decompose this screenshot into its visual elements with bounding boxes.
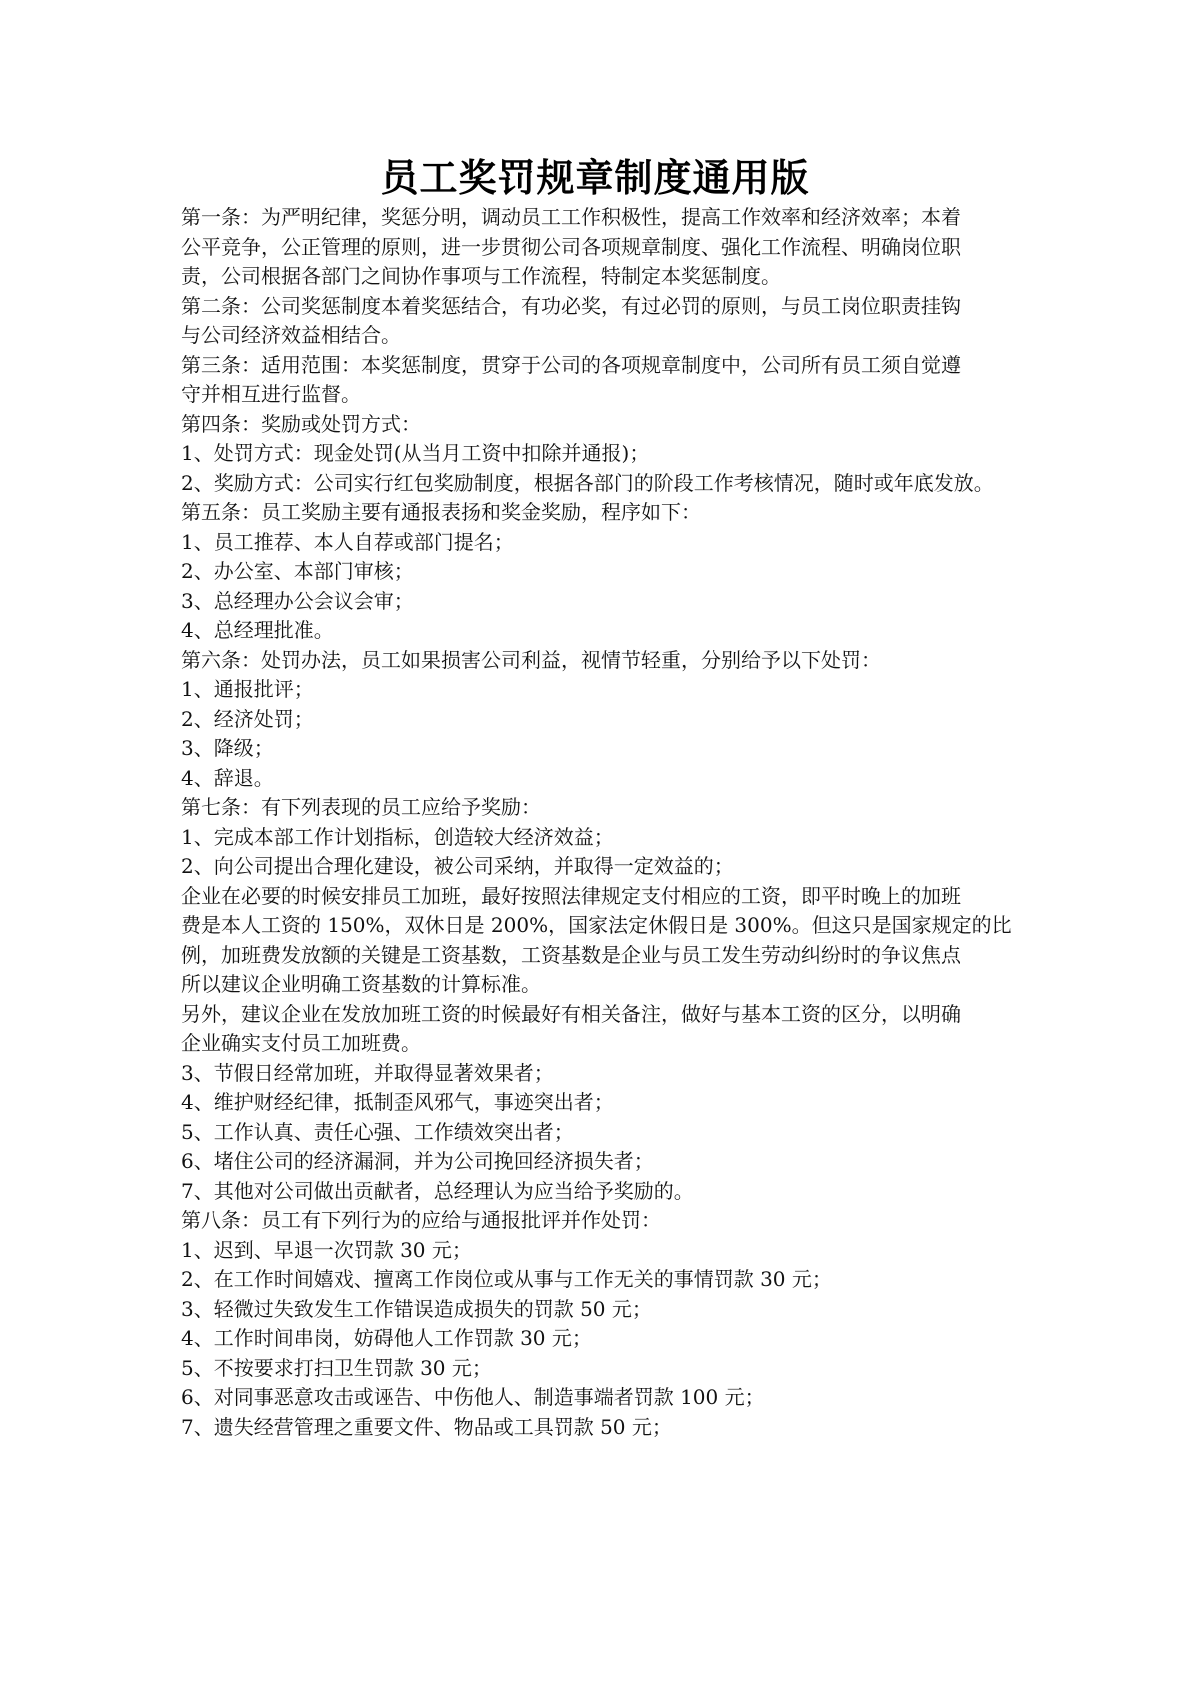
article-4-heading: 第四条：奖励或处罚方式： (181, 410, 1011, 440)
article-2-line-1: 第二条：公司奖惩制度本着奖惩结合，有功必奖，有过必罚的原则，与员工岗位职责挂钩 (181, 292, 1011, 322)
article-6-item-1: 1、通报批评； (181, 675, 1011, 705)
overtime-paragraph-line-4: 所以建议企业明确工资基数的计算标准。 (181, 970, 1011, 1000)
article-4-item-1: 1、处罚方式：现金处罚(从当月工资中扣除并通报)； (181, 439, 1011, 469)
article-7-heading: 第七条：有下列表现的员工应给予奖励： (181, 793, 1011, 823)
article-5-item-2: 2、办公室、本部门审核； (181, 557, 1011, 587)
overtime-note-line-2: 企业确实支付员工加班费。 (181, 1029, 1011, 1059)
overtime-paragraph-line-1: 企业在必要的时候安排员工加班，最好按照法律规定支付相应的工资，即平时晚上的加班 (181, 882, 1011, 912)
article-5-item-1: 1、员工推荐、本人自荐或部门提名； (181, 528, 1011, 558)
article-4-item-2: 2、奖励方式：公司实行红包奖励制度，根据各部门的阶段工作考核情况，随时或年底发放… (181, 469, 1011, 499)
article-7-item-6: 6、堵住公司的经济漏洞，并为公司挽回经济损失者； (181, 1147, 1011, 1177)
document-title: 员工奖罚规章制度通用版 (0, 155, 1190, 201)
article-7-item-5: 5、工作认真、责任心强、工作绩效突出者； (181, 1118, 1011, 1148)
article-8-heading: 第八条：员工有下列行为的应给与通报批评并作处罚： (181, 1206, 1011, 1236)
article-1-line-3: 责，公司根据各部门之间协作事项与工作流程，特制定本奖惩制度。 (181, 262, 1011, 292)
article-3-line-2: 守并相互进行监督。 (181, 380, 1011, 410)
article-7-item-4: 4、维护财经纪律，抵制歪风邪气，事迹突出者； (181, 1088, 1011, 1118)
article-5-heading: 第五条：员工奖励主要有通报表扬和奖金奖励，程序如下： (181, 498, 1011, 528)
article-7-item-3: 3、节假日经常加班，并取得显著效果者； (181, 1059, 1011, 1089)
article-2-line-2: 与公司经济效益相结合。 (181, 321, 1011, 351)
overtime-paragraph-line-2: 费是本人工资的 150%，双休日是 200%，国家法定休假日是 300%。但这只… (181, 911, 1011, 941)
article-7-item-1: 1、完成本部工作计划指标，创造较大经济效益； (181, 823, 1011, 853)
article-6-item-3: 3、降级； (181, 734, 1011, 764)
article-6-item-4: 4、辞退。 (181, 764, 1011, 794)
article-7-item-7: 7、其他对公司做出贡献者，总经理认为应当给予奖励的。 (181, 1177, 1011, 1207)
article-8-item-1: 1、迟到、早退一次罚款 30 元； (181, 1236, 1011, 1266)
article-8-item-6: 6、对同事恶意攻击或诬告、中伤他人、制造事端者罚款 100 元； (181, 1383, 1011, 1413)
article-8-item-7: 7、遗失经营管理之重要文件、物品或工具罚款 50 元； (181, 1413, 1011, 1443)
article-8-item-4: 4、工作时间串岗，妨碍他人工作罚款 30 元； (181, 1324, 1011, 1354)
overtime-paragraph-line-3: 例，加班费发放额的关键是工资基数，工资基数是企业与员工发生劳动纠纷时的争议焦点 (181, 941, 1011, 971)
document-body: 第一条：为严明纪律，奖惩分明，调动员工工作积极性，提高工作效率和经济效率；本着 … (181, 203, 1011, 1442)
article-6-item-2: 2、经济处罚； (181, 705, 1011, 735)
document-page: 员工奖罚规章制度通用版 第一条：为严明纪律，奖惩分明，调动员工工作积极性，提高工… (0, 0, 1190, 1683)
article-3-line-1: 第三条：适用范围：本奖惩制度，贯穿于公司的各项规章制度中，公司所有员工须自觉遵 (181, 351, 1011, 381)
article-5-item-4: 4、总经理批准。 (181, 616, 1011, 646)
article-6-heading: 第六条：处罚办法，员工如果损害公司利益，视情节轻重，分别给予以下处罚： (181, 646, 1011, 676)
article-5-item-3: 3、总经理办公会议会审； (181, 587, 1011, 617)
article-1-line-1: 第一条：为严明纪律，奖惩分明，调动员工工作积极性，提高工作效率和经济效率；本着 (181, 203, 1011, 233)
article-8-item-2: 2、在工作时间嬉戏、擅离工作岗位或从事与工作无关的事情罚款 30 元； (181, 1265, 1011, 1295)
overtime-note-line-1: 另外，建议企业在发放加班工资的时候最好有相关备注，做好与基本工资的区分，以明确 (181, 1000, 1011, 1030)
article-7-item-2: 2、向公司提出合理化建设，被公司采纳，并取得一定效益的； (181, 852, 1011, 882)
article-8-item-5: 5、不按要求打扫卫生罚款 30 元； (181, 1354, 1011, 1384)
article-1-line-2: 公平竞争，公正管理的原则，进一步贯彻公司各项规章制度、强化工作流程、明确岗位职 (181, 233, 1011, 263)
article-8-item-3: 3、轻微过失致发生工作错误造成损失的罚款 50 元； (181, 1295, 1011, 1325)
